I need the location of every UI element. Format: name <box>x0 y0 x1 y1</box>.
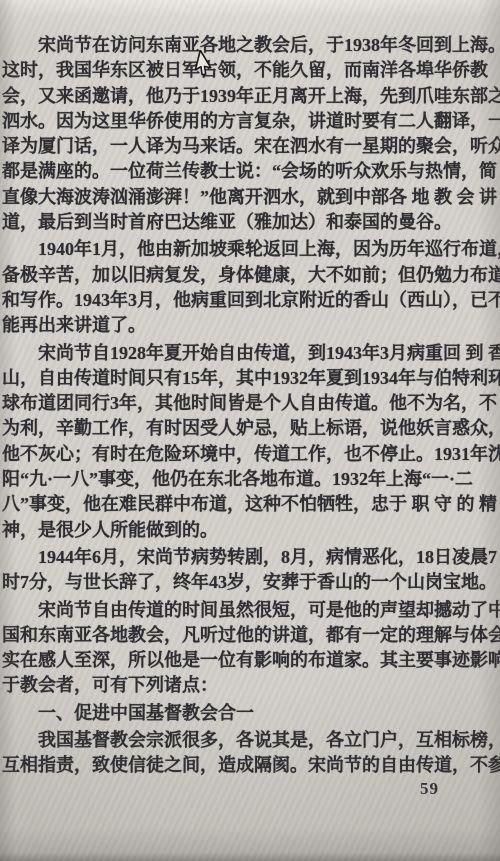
text-line: 神，是很少人所能做到的。 <box>2 518 496 543</box>
text-line: 他不灰心；有时在危险环境中，传道工作，也不停止。1931年沈 <box>2 442 496 467</box>
text-line: 都是满座的。一位荷兰传教士说：“会场的听众欢乐与热情，简 <box>2 159 496 184</box>
text-line: 于教会者，可有下列诸点： <box>2 673 496 698</box>
section-heading-line: 一、促进中国基督教会合一 <box>2 701 496 726</box>
text-line: 八”事变，他在难民群中布道，这种不怕牺牲，忠于 职 守 的 精 <box>2 492 496 517</box>
text-line: 1944年6月，宋尚节病势转剧，8月，病情恶化，18日凌晨7 <box>2 545 496 570</box>
text-line: 宋尚节自1928年夏开始自由传道，到1943年3月病重回 到 香 <box>2 341 496 366</box>
text-line: 时7分，与世长辞了，终年43岁，安葬于香山的一个山岗宝地。 <box>2 570 496 595</box>
text-line: 互相指责，致使信徒之间，造成隔阂。宋尚节的自由传道，不参 <box>2 753 496 778</box>
text-line: 备极辛苦，加以旧病复发，身体健康，大不如前；但仍勉力布道 <box>2 263 496 288</box>
text-line: 球布道团同行3年，其他时间皆是个人自由传道。他不为名，不 <box>2 391 496 416</box>
text-line: 国和东南亚各地教会，凡听过他的讲道，都有一定的理解与体会， <box>2 623 496 648</box>
text-line: 实在感人至深，所以他是一位有影响的布道家。其主要事迹影响 <box>2 648 496 673</box>
text-line: 道，最后到当时首府巴达维亚（雅加达）和泰国的曼谷。 <box>2 210 496 235</box>
text-line: 山，自由传道时间只有15年，其中1932年夏到1934年与伯特利环 <box>2 366 496 391</box>
text-line: 译为厦门话，一人译为马来话。宋在泗水有一星期的聚会，听众 <box>2 134 496 159</box>
text-line: 会，又来函邀请，他乃于1939年正月离开上海，先到爪哇东部之 <box>2 84 496 109</box>
text-line: 这时，我国华东区被日军占领，不能久留，而南洋各埠华侨教 <box>2 58 496 83</box>
text-line: 我国基督教会宗派很多，各说其是，各立门户，互相标榜， <box>2 728 496 753</box>
page-number: 59 <box>420 779 439 799</box>
page-text-block: 宋尚节在访问东南亚各地之教会后，于1938年冬回到上海。 这时，我国华东区被日军… <box>2 33 496 779</box>
text-line: 泗水。因为这里华侨使用的方言复杂，讲道时要有二人翻译，一人 <box>2 109 496 134</box>
text-line: 直像大海波涛汹涌澎湃！”他离开泗水，就到中部各 地 教 会 讲 <box>2 185 496 210</box>
text-line: 宋尚节自由传道的时间虽然很短，可是他的声望却撼动了中 <box>2 598 496 623</box>
text-line: 为利，辛勤工作，有时因受人妒忌，贴上标语，说他妖言惑众， <box>2 416 496 441</box>
text-line: 阳“九·一八”事变，他仍在东北各地布道。1932年上海“一·二 <box>2 467 496 492</box>
text-line: 1940年1月，他由新加坡乘轮返回上海，因为历年巡行布道， <box>2 237 496 262</box>
book-page-photo: 宋尚节在访问东南亚各地之教会后，于1938年冬回到上海。 这时，我国华东区被日军… <box>0 0 500 861</box>
text-line: 宋尚节在访问东南亚各地之教会后，于1938年冬回到上海。 <box>2 33 496 58</box>
text-line: 和写作。1943年3月，他病重回到北京附近的香山（西山），已不 <box>2 288 496 313</box>
text-line: 能再出来讲道了。 <box>2 313 496 338</box>
